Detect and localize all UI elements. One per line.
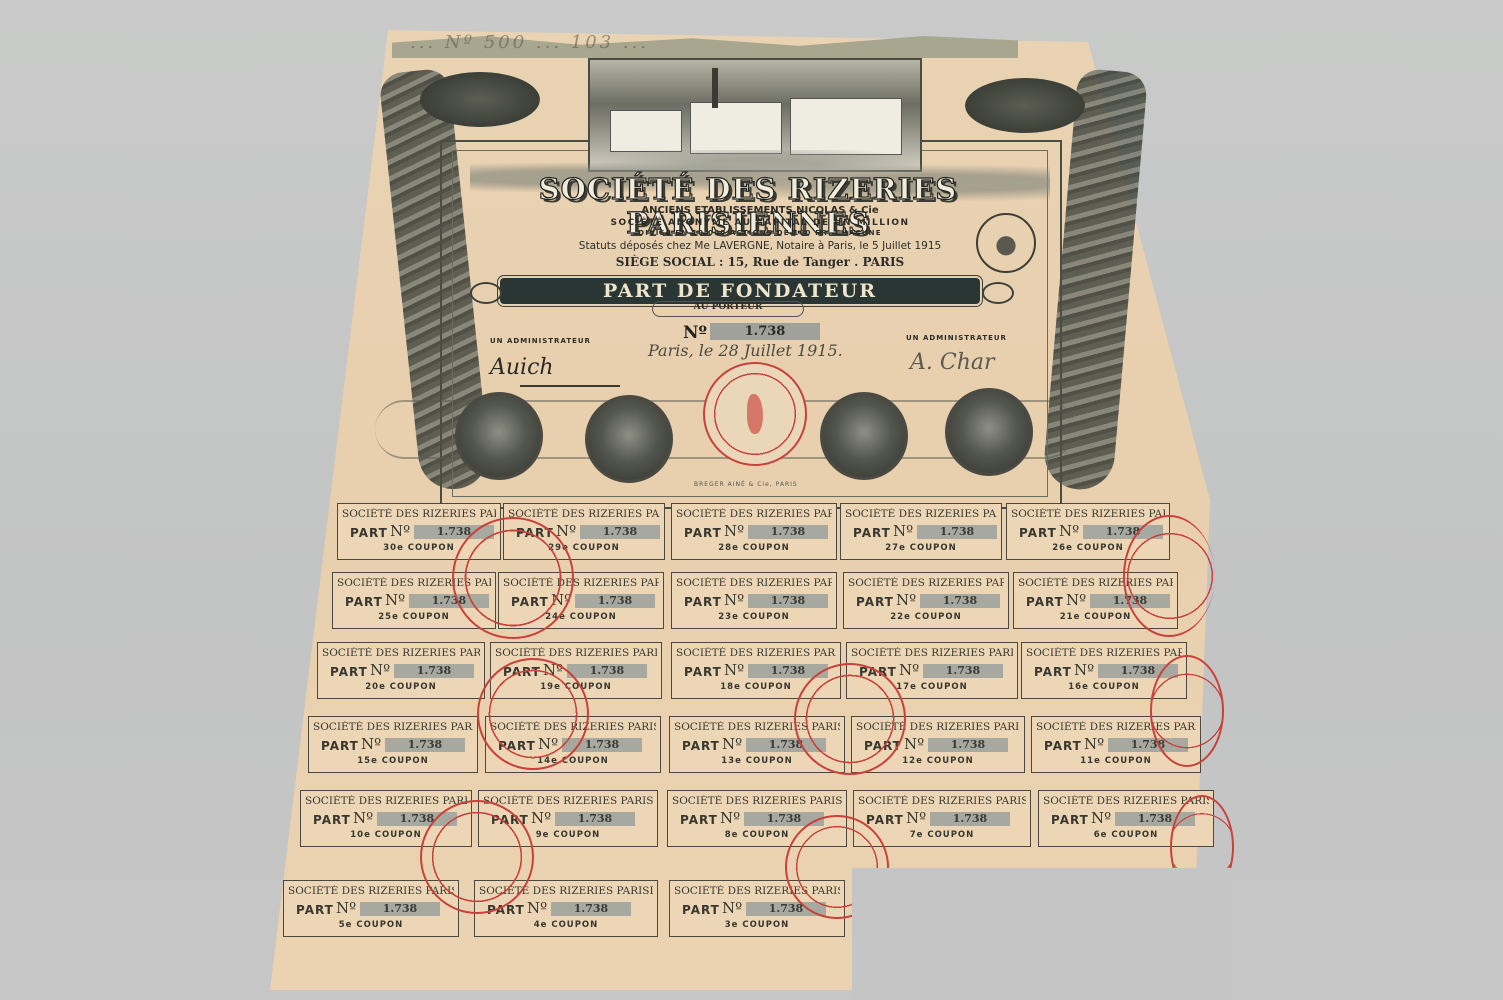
coupon-number: 1.738 <box>930 812 1010 826</box>
coupon-no-label: Nº <box>336 899 356 917</box>
coupon-number: 1.738 <box>917 525 997 539</box>
coupon-part-label: PART <box>313 813 351 827</box>
coupon-title: SOCIÉTÉ DES RIZERIES PARISIENNES <box>676 577 832 589</box>
coupon: SOCIÉTÉ DES RIZERIES PARISIENNESPARTNº1.… <box>843 572 1009 629</box>
company-seal-icon <box>703 362 807 466</box>
coupon-part-label: PART <box>684 595 722 609</box>
coupon-title: SOCIÉTÉ DES RIZERIES PARISIENNES <box>1026 647 1182 659</box>
coupon-title: SOCIÉTÉ DES RIZERIES PARISIENNES <box>858 795 1026 807</box>
admin-right-label: UN ADMINISTRATEUR <box>906 334 1007 342</box>
coupon-part-label: PART <box>680 813 718 827</box>
coupon-no-label: Nº <box>527 899 547 917</box>
coupon-label: 22e COUPON <box>844 612 1008 622</box>
bearer-label: AU PORTEUR <box>652 301 804 317</box>
coupon-no-label: Nº <box>899 661 919 679</box>
coupon-label: 15e COUPON <box>309 756 477 766</box>
coupon-title: SOCIÉTÉ DES RIZERIES PARISIENNES <box>676 647 836 659</box>
coupon-no-label: Nº <box>361 735 381 753</box>
coupon-no-label: Nº <box>1059 522 1079 540</box>
coupon-part-label: PART <box>1051 813 1089 827</box>
building-shape <box>690 102 782 154</box>
certificate-number: 1.738 <box>710 323 820 340</box>
coupon-no-label: Nº <box>724 591 744 609</box>
coupon-label: 23e COUPON <box>672 612 836 622</box>
coupon: SOCIÉTÉ DES RIZERIES PARISIENNESPARTNº1.… <box>671 572 837 629</box>
coupon-no-label: Nº <box>370 661 390 679</box>
place-date: Paris, le 28 Juillet 1915. <box>648 341 843 360</box>
coupon-no-label: Nº <box>724 661 744 679</box>
coupon-part-label: PART <box>682 903 720 917</box>
coupon-no-label: Nº <box>896 591 916 609</box>
head-office: SIÈGE SOCIAL : 15, Rue de Tanger . PARIS <box>560 255 960 269</box>
coupon-title: SOCIÉTÉ DES RIZERIES PARISIENNES <box>508 508 660 520</box>
coupon-part-label: PART <box>345 595 383 609</box>
top-band-text: ... Nº 500 ... 103 ... <box>410 32 1010 58</box>
coupon-number: 1.738 <box>360 902 440 916</box>
coupon-label: 27e COUPON <box>841 543 1001 553</box>
coupon-number: 1.738 <box>567 664 647 678</box>
coupon-no-label: Nº <box>722 735 742 753</box>
medallion-factory-2-icon <box>585 395 673 483</box>
cut-away-coupons-area <box>852 868 1232 1000</box>
coupon-seal-icon <box>452 517 574 639</box>
coupon-number: 1.738 <box>923 664 1003 678</box>
coupon-number: 1.738 <box>920 594 1000 608</box>
coupon-title: SOCIÉTÉ DES RIZERIES PARISIENNES <box>342 508 496 520</box>
coupon-label: 20e COUPON <box>318 682 484 692</box>
coupon-seal-icon <box>1150 655 1224 767</box>
photo-scene: ... Nº 500 ... 103 ... SOCIÉTÉ DES RIZER… <box>0 0 1503 1000</box>
coupon-title: SOCIÉTÉ DES RIZERIES PARISIENNES <box>676 508 832 520</box>
former-name: ANCIENS ETABLISSEMENTS NICOLAS & Cie <box>560 205 960 216</box>
coupon-title: SOCIÉTÉ DES RIZERIES PARISIENNES <box>322 647 480 659</box>
dragon-head-right-icon <box>965 78 1085 133</box>
coupon-label: 4e COUPON <box>475 920 657 930</box>
coupon-number: 1.738 <box>580 525 660 539</box>
chimney-icon <box>712 68 718 108</box>
coupon-no-label: Nº <box>1066 591 1086 609</box>
coupon-no-label: Nº <box>1084 735 1104 753</box>
printer-imprint: BREGER AINÉ & Cie, PARIS <box>694 481 798 488</box>
coupon-no-label: Nº <box>1091 809 1111 827</box>
number-label: Nº <box>683 323 707 343</box>
coupon-part-label: PART <box>684 526 722 540</box>
coupon-number: 1.738 <box>748 525 828 539</box>
coupon-no-label: Nº <box>720 809 740 827</box>
signature-underline <box>520 385 620 387</box>
coupon-title: SOCIÉTÉ DES RIZERIES PARISIENNES <box>851 647 1013 659</box>
coupon-part-label: PART <box>330 665 368 679</box>
coupon-no-label: Nº <box>531 809 551 827</box>
capital-line: SOCIÉTÉ ANONYME AU CAPITAL DE UN MILLION <box>560 218 960 228</box>
dragon-head-left-icon <box>420 72 540 127</box>
coupon-number: 1.738 <box>928 738 1008 752</box>
coupon-part-label: PART <box>682 739 720 753</box>
coupon-part-label: PART <box>853 526 891 540</box>
coupon-no-label: Nº <box>353 809 373 827</box>
coupon-no-label: Nº <box>724 522 744 540</box>
shares-line: DIVISÉ EN 10.000 ACTIONS DE 100 FR. CHAC… <box>560 229 960 237</box>
coupon-label: 5e COUPON <box>284 920 458 930</box>
coupon-part-label: PART <box>1034 665 1072 679</box>
coupon-no-label: Nº <box>390 522 410 540</box>
coupon-part-label: PART <box>1019 526 1057 540</box>
building-shape <box>790 98 902 155</box>
coupon-number: 1.738 <box>575 594 655 608</box>
share-type: PART DE FONDATEUR <box>500 280 980 302</box>
coupon-part-label: PART <box>1044 739 1082 753</box>
coupon-part-label: PART <box>296 903 334 917</box>
coupon-no-label: Nº <box>1074 661 1094 679</box>
coupon-title: SOCIÉTÉ DES RIZERIES PARISIENNES <box>672 795 842 807</box>
coupon: SOCIÉTÉ DES RIZERIES PARISIENNESPARTNº1.… <box>840 503 1002 560</box>
coupon-title: SOCIÉTÉ DES RIZERIES PARISIENNES <box>1011 508 1165 520</box>
seal-dragon-icon <box>747 394 763 434</box>
coupon-seal-icon <box>1123 515 1215 637</box>
coupon-title: SOCIÉTÉ DES RIZERIES PARISIENNES <box>305 795 467 807</box>
coupon-no-label: Nº <box>893 522 913 540</box>
coupon-part-label: PART <box>866 813 904 827</box>
signature-right: A. Char <box>910 350 995 375</box>
coupon-no-label: Nº <box>722 899 742 917</box>
coupon-part-label: PART <box>684 665 722 679</box>
fiscal-stamp-icon <box>976 213 1036 273</box>
coupon-title: SOCIÉTÉ DES RIZERIES PARISIENNES <box>848 577 1004 589</box>
building-shape <box>610 110 682 152</box>
coupon-title: SOCIÉTÉ DES RIZERIES PARISIENNES <box>495 647 657 659</box>
coupon-part-label: PART <box>856 595 894 609</box>
coupon-no-label: Nº <box>385 591 405 609</box>
coupon-number: 1.738 <box>394 664 474 678</box>
medallion-factory-4-icon <box>945 388 1033 476</box>
coupon-title: SOCIÉTÉ DES RIZERIES PARISIENNES <box>313 721 473 733</box>
coupon-label: 28e COUPON <box>672 543 836 553</box>
medallion-factory-3-icon <box>820 392 908 480</box>
coupon: SOCIÉTÉ DES RIZERIES PARISIENNESPARTNº1.… <box>308 716 478 773</box>
medallion-factory-1-icon <box>455 392 543 480</box>
coupon: SOCIÉTÉ DES RIZERIES PARISIENNESPARTNº1.… <box>671 503 837 560</box>
coupon: SOCIÉTÉ DES RIZERIES PARISIENNESPARTNº1.… <box>317 642 485 699</box>
signature-left: Auich <box>490 355 554 380</box>
statutes-line: Statuts déposés chez Me LAVERGNE, Notair… <box>540 240 980 252</box>
coupon-number: 1.738 <box>555 812 635 826</box>
coupon-number: 1.738 <box>385 738 465 752</box>
coupon-seal-icon <box>420 800 534 914</box>
coupon-number: 1.738 <box>551 902 631 916</box>
coupon-no-label: Nº <box>904 735 924 753</box>
coupon-part-label: PART <box>350 526 388 540</box>
coupon-seal-icon <box>477 658 589 770</box>
coupon-number: 1.738 <box>748 594 828 608</box>
coupon-title: SOCIÉTÉ DES RIZERIES PARISIENNES <box>483 795 653 807</box>
coupon-title: SOCIÉTÉ DES RIZERIES PARISIENNES <box>845 508 997 520</box>
coupon-seal-icon <box>794 663 906 775</box>
coupon-part-label: PART <box>1026 595 1064 609</box>
coupon-part-label: PART <box>321 739 359 753</box>
banner-ornament-right-icon <box>982 282 1014 304</box>
coupon-no-label: Nº <box>906 809 926 827</box>
admin-left-label: UN ADMINISTRATEUR <box>490 337 591 345</box>
coupon-label: 3e COUPON <box>670 920 844 930</box>
banner-ornament-left-icon <box>470 282 502 304</box>
